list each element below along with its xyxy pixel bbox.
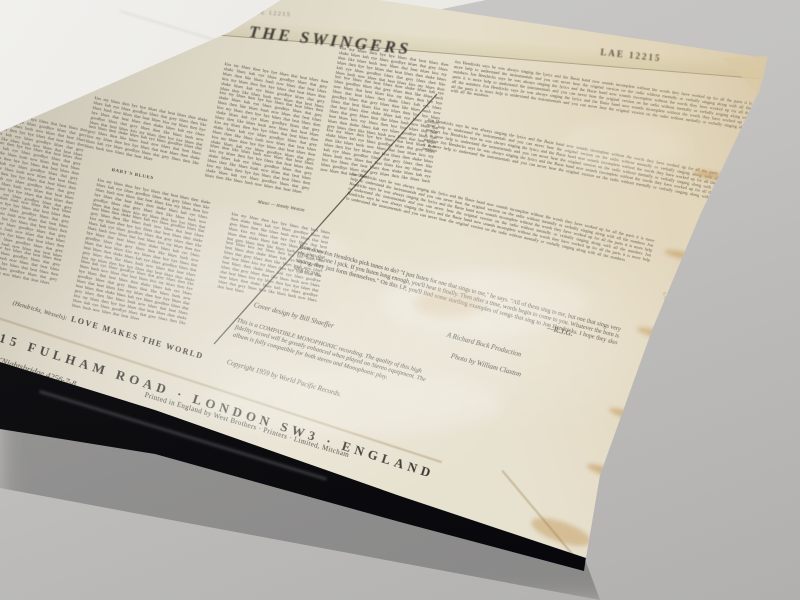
gloss-highlight bbox=[200, 370, 500, 436]
gloss-highlight bbox=[560, 120, 690, 172]
gloss-highlight bbox=[380, 270, 590, 334]
gloss-highlight bbox=[90, 210, 350, 296]
photo-of-record-sleeve: LAE 12215 THE SWINGERS LAE 12215 kiss my… bbox=[0, 0, 800, 600]
spine-catalog-code: LAE 12215 bbox=[661, 292, 673, 325]
